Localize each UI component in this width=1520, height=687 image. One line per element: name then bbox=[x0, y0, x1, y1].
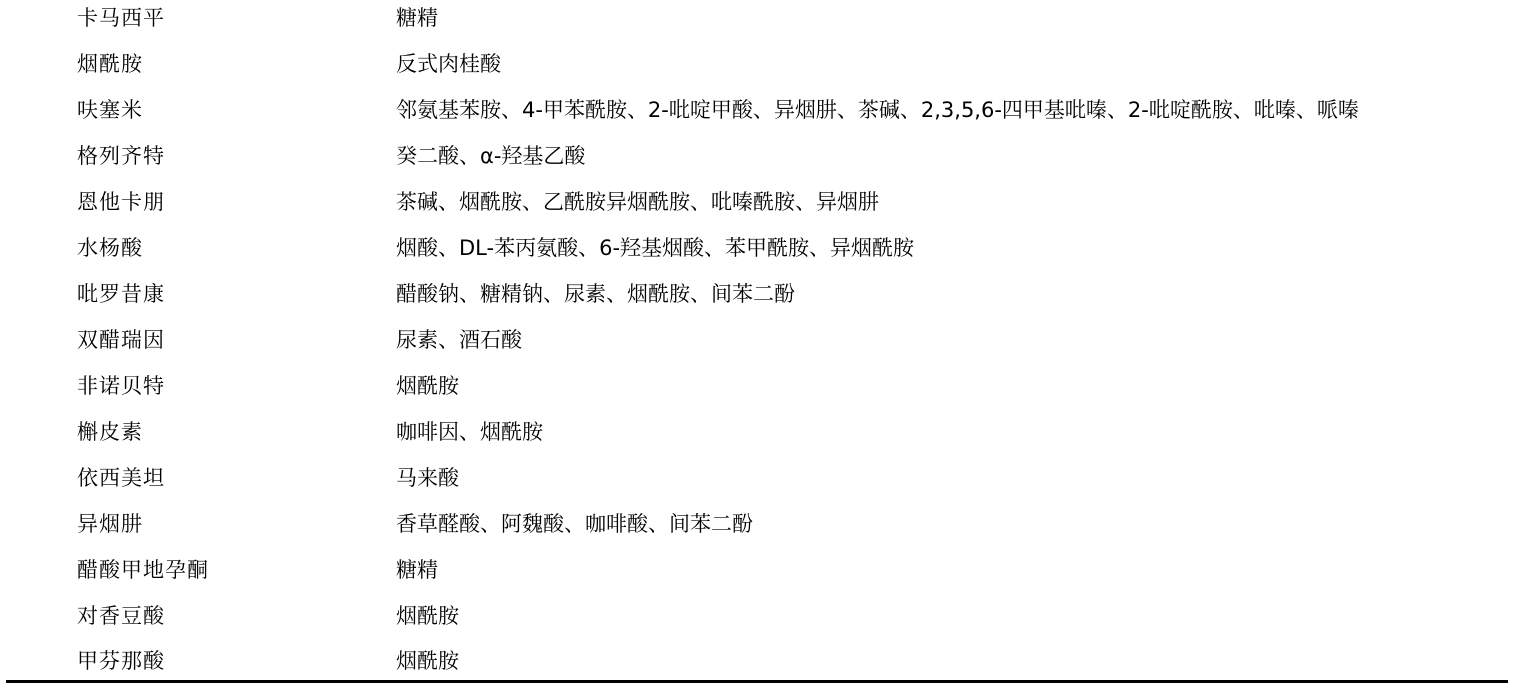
drug-cell: 依西美坦 bbox=[77, 460, 165, 496]
coformer-cell: 香草醛酸、阿魏酸、咖啡酸、间苯二酚 bbox=[396, 506, 753, 542]
drug-cell: 醋酸甲地孕酮 bbox=[77, 552, 209, 588]
coformer-cell: 尿素、酒石酸 bbox=[396, 322, 522, 358]
drug-cell: 格列齐特 bbox=[77, 138, 165, 174]
table-row: 烟酰胺 反式肉桂酸 bbox=[0, 46, 1520, 92]
drug-cell: 恩他卡朋 bbox=[77, 184, 165, 220]
coformer-cell: 烟酰胺 bbox=[396, 598, 459, 634]
drug-cell: 非诺贝特 bbox=[77, 368, 165, 404]
table-row: 水杨酸 烟酸、DL-苯丙氨酸、6-羟基烟酸、苯甲酰胺、异烟酰胺 bbox=[0, 230, 1520, 276]
drug-cell: 槲皮素 bbox=[77, 414, 143, 450]
drug-cell: 异烟肼 bbox=[77, 506, 143, 542]
table-row: 非诺贝特 烟酰胺 bbox=[0, 368, 1520, 414]
drug-cell: 吡罗昔康 bbox=[77, 276, 165, 312]
coformer-cell: 癸二酸、α-羟基乙酸 bbox=[396, 138, 585, 174]
table-row: 格列齐特 癸二酸、α-羟基乙酸 bbox=[0, 138, 1520, 184]
drug-cell: 甲芬那酸 bbox=[77, 643, 165, 679]
table-row: 卡马西平 糖精 bbox=[0, 0, 1520, 46]
coformer-cell: 邻氨基苯胺、4-甲苯酰胺、2-吡啶甲酸、异烟肼、茶碱、2,3,5,6-四甲基吡嗪… bbox=[396, 92, 1359, 128]
drug-cell: 对香豆酸 bbox=[77, 598, 165, 634]
coformer-cell: 烟酰胺 bbox=[396, 643, 459, 679]
drug-cell: 呋塞米 bbox=[77, 92, 143, 128]
table-row: 恩他卡朋 茶碱、烟酰胺、乙酰胺异烟酰胺、吡嗪酰胺、异烟肼 bbox=[0, 184, 1520, 230]
table-row: 对香豆酸 烟酰胺 bbox=[0, 598, 1520, 644]
coformer-cell: 咖啡因、烟酰胺 bbox=[396, 414, 543, 450]
coformer-cell: 烟酸、DL-苯丙氨酸、6-羟基烟酸、苯甲酰胺、异烟酰胺 bbox=[396, 230, 914, 266]
table-row: 槲皮素 咖啡因、烟酰胺 bbox=[0, 414, 1520, 460]
table-bottom-rule bbox=[6, 680, 1508, 683]
coformer-cell: 糖精 bbox=[396, 552, 438, 588]
coformer-cell: 茶碱、烟酰胺、乙酰胺异烟酰胺、吡嗪酰胺、异烟肼 bbox=[396, 184, 879, 220]
drug-cell: 水杨酸 bbox=[77, 230, 143, 266]
table-row: 醋酸甲地孕酮 糖精 bbox=[0, 552, 1520, 598]
drug-cell: 烟酰胺 bbox=[77, 46, 143, 82]
table-row: 双醋瑞因 尿素、酒石酸 bbox=[0, 322, 1520, 368]
drug-cell: 双醋瑞因 bbox=[77, 322, 165, 358]
drug-cell: 卡马西平 bbox=[77, 0, 165, 36]
coformer-cell: 糖精 bbox=[396, 0, 438, 36]
table-row: 呋塞米 邻氨基苯胺、4-甲苯酰胺、2-吡啶甲酸、异烟肼、茶碱、2,3,5,6-四… bbox=[0, 92, 1520, 138]
table-row: 异烟肼 香草醛酸、阿魏酸、咖啡酸、间苯二酚 bbox=[0, 506, 1520, 552]
table-row: 吡罗昔康 醋酸钠、糖精钠、尿素、烟酰胺、间苯二酚 bbox=[0, 276, 1520, 322]
coformer-cell: 烟酰胺 bbox=[396, 368, 459, 404]
coformer-cell: 马来酸 bbox=[396, 460, 459, 496]
coformer-cell: 反式肉桂酸 bbox=[396, 46, 501, 82]
table-row: 依西美坦 马来酸 bbox=[0, 460, 1520, 506]
coformer-cell: 醋酸钠、糖精钠、尿素、烟酰胺、间苯二酚 bbox=[396, 276, 795, 312]
